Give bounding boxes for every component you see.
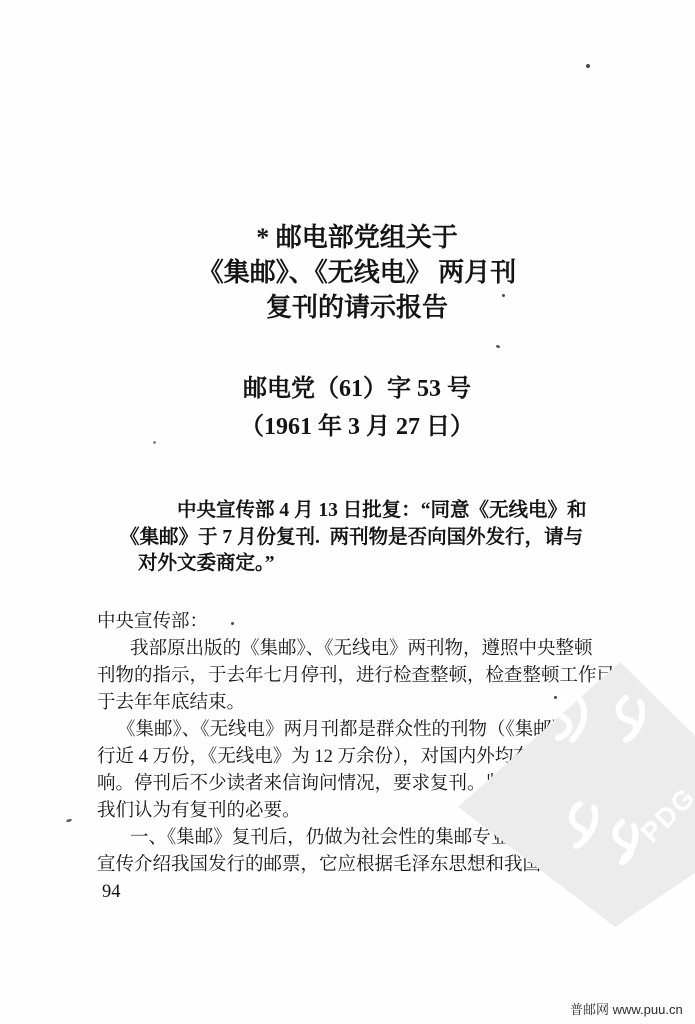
title-line-2: 《集邮》、《无线电》 两月刊	[92, 255, 622, 290]
body-line: 我们认为有复刊的必要。	[97, 798, 622, 825]
site-watermark: 普邮网 www.puu.cn	[570, 999, 683, 1018]
page-number: 94	[97, 879, 622, 906]
approval-note-line: 对外文委商定。”	[138, 551, 598, 578]
body-line: 行近 4 万份，《无线电》为 12 万余份），对国内外均有一定影	[97, 744, 622, 771]
document-title: * 邮电部党组关于 《集邮》、《无线电》 两月刊 复刊的请示报告	[92, 220, 622, 325]
body-line: 一、《集邮》复刊后，仍做为社会性的集邮专业刊物，拟只	[97, 825, 622, 852]
approval-note-line: 中央宣传部 4 月 13 日批复：“同意《无线电》和	[138, 498, 598, 525]
salutation: 中央宣传部：	[97, 609, 622, 636]
scan-speck	[554, 696, 557, 699]
scan-speck	[153, 441, 156, 444]
title-line-3: 复刊的请示报告	[92, 290, 622, 325]
body-line: 于去年年底结束。	[97, 690, 622, 717]
body-line: 我部原出版的《集邮》、《无线电》两刊物，遵照中央整顿	[97, 636, 622, 663]
scanned-document-page: * 邮电部党组关于 《集邮》、《无线电》 两月刊 复刊的请示报告 邮电党（61）…	[0, 0, 695, 1024]
body-line: 刊物的指示，于去年七月停刊，进行检查整顿，检查整顿工作已	[97, 663, 622, 690]
body-line: 《集邮》、《无线电》两月刊都是群众性的刊物（《集邮》发	[97, 717, 622, 744]
document-meta: 邮电党（61）字 53 号 （1961 年 3 月 27 日）	[92, 370, 622, 446]
approval-note-line: 《集邮》于 7 月份复刊. 两刊物是否向国外发行，请与	[120, 525, 598, 552]
body-line: 响。停刊后不少读者来信询问情况，要求复刊。鉴于以上情况，	[97, 771, 622, 798]
scan-speck	[502, 294, 505, 297]
body-line: 宣传介绍我国发行的邮票，它应根据毛泽东思想和我国社会主义	[97, 852, 622, 879]
pdg-watermark-text: PDG	[635, 781, 695, 848]
scan-speck	[496, 344, 501, 348]
title-line-1: * 邮电部党组关于	[92, 220, 622, 255]
scan-speck	[586, 64, 590, 68]
scan-speck	[231, 622, 234, 625]
scan-speck	[66, 818, 73, 823]
document-body: 中央宣传部： 我部原出版的《集邮》、《无线电》两刊物，遵照中央整顿 刊物的指示，…	[97, 609, 622, 906]
document-number: 邮电党（61）字 53 号	[92, 370, 622, 408]
document-date: （1961 年 3 月 27 日）	[92, 408, 622, 446]
approval-note: 中央宣传部 4 月 13 日批复：“同意《无线电》和 《集邮》于 7 月份复刊.…	[138, 498, 598, 578]
